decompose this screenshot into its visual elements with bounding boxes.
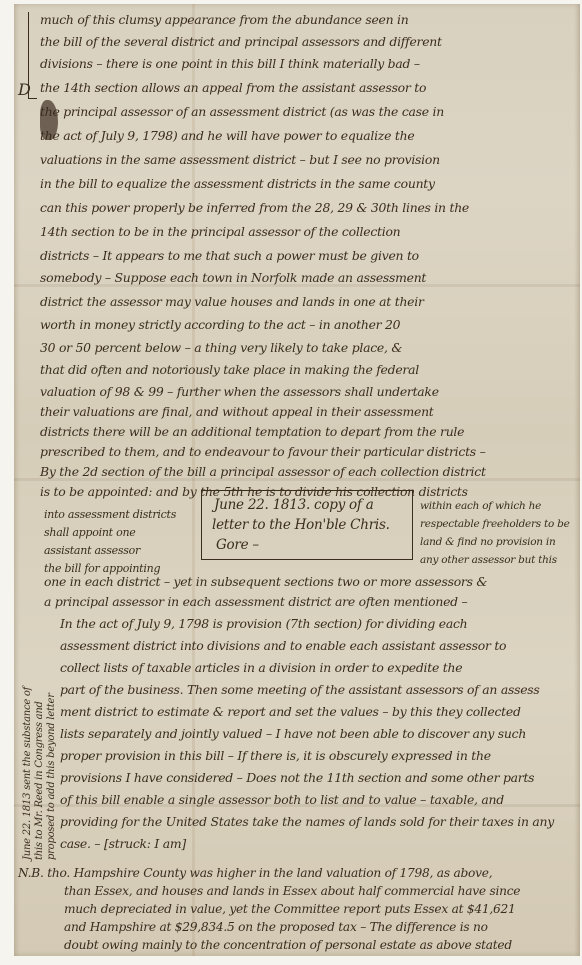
manuscript-page: D much of this clumsy appearance from th… bbox=[14, 4, 580, 956]
body-line: valuation of 98 & 99 – further when the … bbox=[40, 384, 439, 399]
body-line: worth in money strictly according to the… bbox=[40, 317, 400, 332]
body-line: divisions – there is one point in this b… bbox=[40, 56, 420, 71]
body-line: ment district to estimate & report and s… bbox=[60, 704, 521, 719]
boxed-note: June 22. 1813. copy of a letter to the H… bbox=[201, 490, 413, 560]
body-line: proper provision in this bill – If there… bbox=[60, 748, 491, 763]
body-line: provisions I have considered – Does not … bbox=[60, 770, 534, 785]
body-line: that did often and notoriously take plac… bbox=[40, 362, 419, 377]
body-line: one in each district – yet in subsequent… bbox=[44, 574, 487, 589]
body-line: 14th section to be in the principal asse… bbox=[40, 224, 400, 239]
body-line: By the 2d section of the bill a principa… bbox=[40, 464, 486, 479]
body-line: in the bill to equalize the assessment d… bbox=[40, 176, 435, 191]
boxed-note-line: Gore – bbox=[216, 537, 259, 553]
postscript-line: than Essex, and houses and lands in Esse… bbox=[64, 884, 520, 898]
right-column-line: any other assessor but this bbox=[420, 554, 557, 566]
boxed-note-line: letter to the Hon'ble Chris. bbox=[212, 517, 390, 533]
left-column-line: shall appoint one bbox=[44, 526, 136, 539]
body-line: the principal assessor of an assessment … bbox=[40, 104, 444, 119]
body-line: of this bill enable a single assessor bo… bbox=[60, 792, 504, 807]
right-column-line: within each of which he bbox=[420, 500, 541, 512]
body-line: In the act of July 9, 1798 is provision … bbox=[60, 616, 467, 631]
body-line: assessment district into divisions and t… bbox=[60, 638, 506, 653]
body-line: valuations in the same assessment distri… bbox=[40, 152, 440, 167]
side-note-line: proposed to add this beyond letter bbox=[46, 693, 57, 860]
boxed-note-line: June 22. 1813. copy of a bbox=[214, 497, 374, 513]
body-line: the 14th section allows an appeal from t… bbox=[40, 80, 426, 95]
body-line: collect lists of taxable articles in a d… bbox=[60, 660, 462, 675]
postscript-line: N.B. tho. Hampshire County was higher in… bbox=[18, 866, 492, 880]
left-column-line: into assessment districts bbox=[44, 508, 176, 521]
body-line: 30 or 50 percent below – a thing very li… bbox=[40, 340, 402, 355]
side-note-line: June 22. 1813 sent the substance of bbox=[22, 687, 33, 860]
body-line: part of the business. Then some meeting … bbox=[60, 682, 540, 697]
right-column-line: respectable freeholders to be bbox=[420, 518, 570, 530]
body-line: somebody – Suppose each town in Norfolk … bbox=[40, 270, 426, 285]
postscript-line: and Hampshire at $29,834.5 on the propos… bbox=[64, 920, 488, 934]
body-line: much of this clumsy appearance from the … bbox=[40, 12, 409, 27]
postscript-line: doubt owing mainly to the concentration … bbox=[64, 938, 512, 952]
side-note-line: this to Mr. Reed in Congress and bbox=[34, 701, 45, 860]
postscript-line: much depreciated in value, yet the Commi… bbox=[64, 902, 516, 916]
body-line: district the assessor may value houses a… bbox=[40, 294, 424, 309]
body-line: case. – [struck: I am] bbox=[60, 836, 186, 851]
body-line: can this power properly be inferred from… bbox=[40, 200, 469, 215]
body-line: districts there will be an additional te… bbox=[40, 424, 464, 439]
body-line: the act of July 9, 1798) and he will hav… bbox=[40, 128, 414, 143]
body-line: the bill of the several district and pri… bbox=[40, 34, 442, 49]
margin-mark: D bbox=[18, 80, 31, 99]
body-line: lists separately and jointly valued – I … bbox=[60, 726, 526, 741]
body-line: their valuations are final, and without … bbox=[40, 404, 434, 419]
body-line: providing for the United States take the… bbox=[60, 814, 554, 829]
body-line: prescribed to them, and to endeavour to … bbox=[40, 444, 486, 459]
left-column-line: assistant assessor bbox=[44, 544, 140, 557]
body-line: districts – It appears to me that such a… bbox=[40, 248, 419, 263]
right-column-line: land & find no provision in bbox=[420, 536, 556, 548]
body-line: a principal assessor in each assessment … bbox=[44, 594, 468, 609]
